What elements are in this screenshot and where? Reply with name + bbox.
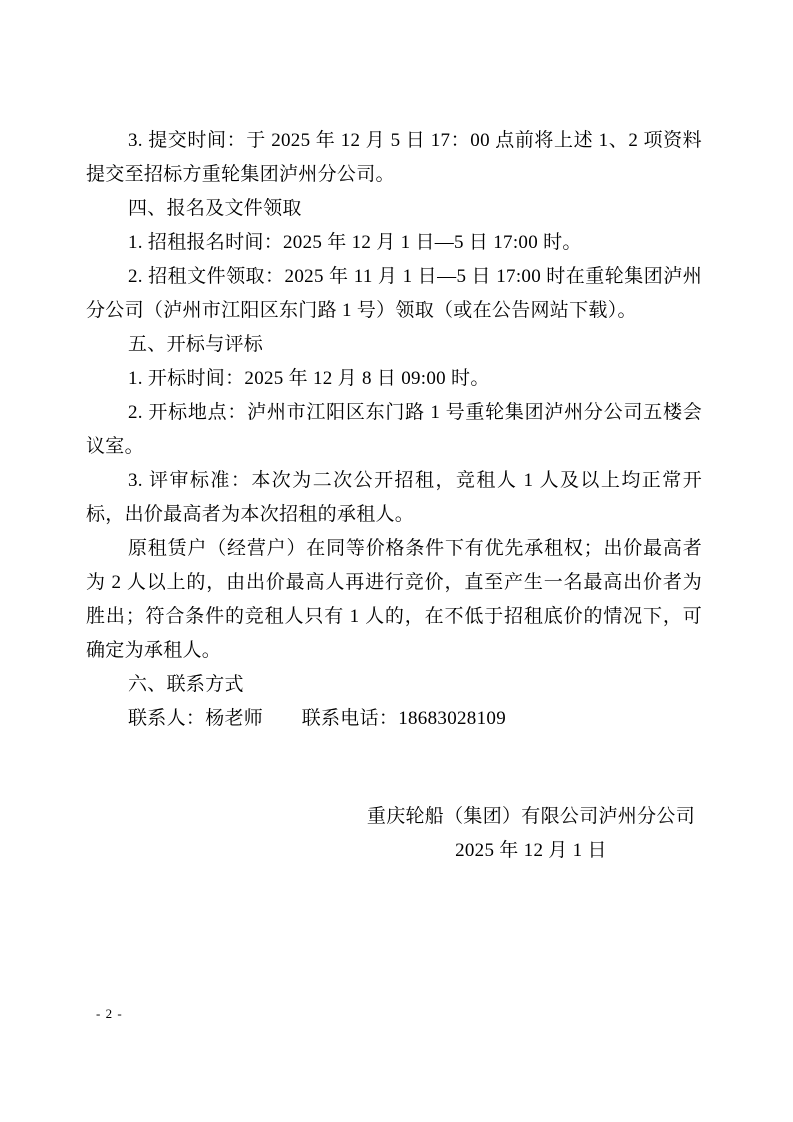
paragraph-submission-time: 3. 提交时间：于 2025 年 12 月 5 日 17：00 点前将上述 1、… bbox=[86, 124, 702, 192]
signature-company: 重庆轮船（集团）有限公司泸州分公司 bbox=[367, 800, 695, 834]
signature-date: 2025 年 12 月 1 日 bbox=[367, 834, 695, 868]
document-page: 3. 提交时间：于 2025 年 12 月 5 日 17：00 点前将上述 1、… bbox=[0, 0, 793, 1122]
paragraph-priority-rules: 原租赁户（经营户）在同等价格条件下有优先承租权；出价最高者为 2 人以上的，由出… bbox=[86, 532, 702, 668]
document-body: 3. 提交时间：于 2025 年 12 月 5 日 17：00 点前将上述 1、… bbox=[86, 124, 702, 868]
signature-block: 重庆轮船（集团）有限公司泸州分公司 2025 年 12 月 1 日 bbox=[367, 800, 695, 868]
paragraph-contact-info: 联系人：杨老师 联系电话：18683028109 bbox=[86, 702, 702, 736]
paragraph-evaluation-criteria: 3. 评审标准：本次为二次公开招租，竞租人 1 人及以上均正常开标，出价最高者为… bbox=[86, 464, 702, 532]
paragraph-bid-opening-time: 1. 开标时间：2025 年 12 月 8 日 09:00 时。 bbox=[86, 362, 702, 396]
page-number: - 2 - bbox=[96, 1006, 123, 1022]
paragraph-document-collection: 2. 招租文件领取：2025 年 11 月 1 日—5 日 17:00 时在重轮… bbox=[86, 260, 702, 328]
section-heading-bid-opening-evaluation: 五、开标与评标 bbox=[86, 328, 702, 362]
paragraph-bid-opening-place: 2. 开标地点：泸州市江阳区东门路 1 号重轮集团泸州分公司五楼会议室。 bbox=[86, 396, 702, 464]
section-heading-contact: 六、联系方式 bbox=[86, 668, 702, 702]
paragraph-registration-time: 1. 招租报名时间：2025 年 12 月 1 日—5 日 17:00 时。 bbox=[86, 226, 702, 260]
section-heading-registration-and-collection: 四、报名及文件领取 bbox=[86, 192, 702, 226]
